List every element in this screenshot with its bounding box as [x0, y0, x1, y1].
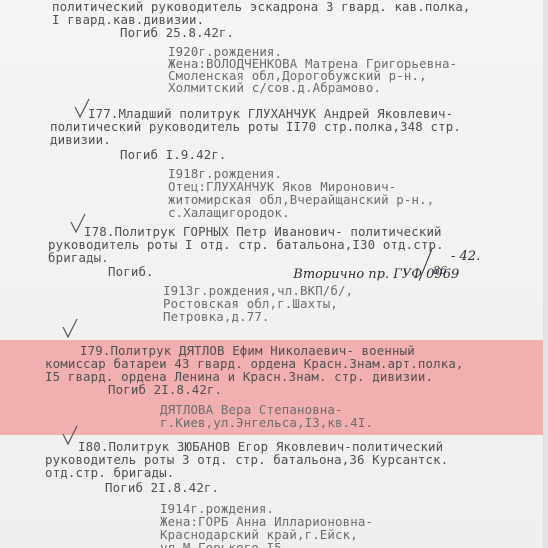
entry-177-relative-4: с.Халащигородок.	[168, 206, 290, 220]
entry-177-line-2: политический руководитель роты II70 стр.…	[50, 120, 461, 134]
entry-176-relative-4: Холмитский с/сов.д.Абрамово.	[168, 81, 381, 95]
entry-177-line-3: дивизии.	[50, 133, 111, 147]
entry-179-line-3: I5 гвард. ордена Ленина и Красн.Знам. ст…	[45, 370, 433, 384]
entry-177-death: Погиб I.9.42г.	[120, 148, 227, 162]
entry-179-death: Погиб 2I.8.42г.	[108, 383, 222, 397]
entry-180-death: Погиб 2I.8.42г.	[105, 481, 219, 495]
entry-180-line-3: отд.стр. бригады.	[45, 466, 174, 480]
entry-178-relative-3: Петровка,д.77.	[163, 310, 270, 324]
page-edge	[543, 0, 548, 548]
entry-179-relative-2: г.Киев,ул.Энгельса,I3,кв.4I.	[160, 416, 373, 430]
handwritten-fraction-denominator: 86	[433, 264, 447, 277]
handwritten-note-suffix: - 42.	[451, 249, 480, 264]
entry-178-line-3: бригады.	[48, 251, 109, 265]
entry-180-relative-4: ул.М.Горького I5.	[160, 541, 289, 548]
entry-176-death: Погиб 25.8.42г.	[120, 26, 234, 40]
checkmark-icon	[62, 318, 78, 338]
entry-178-death: Погиб.	[108, 265, 154, 279]
checkmark-icon	[62, 425, 78, 445]
